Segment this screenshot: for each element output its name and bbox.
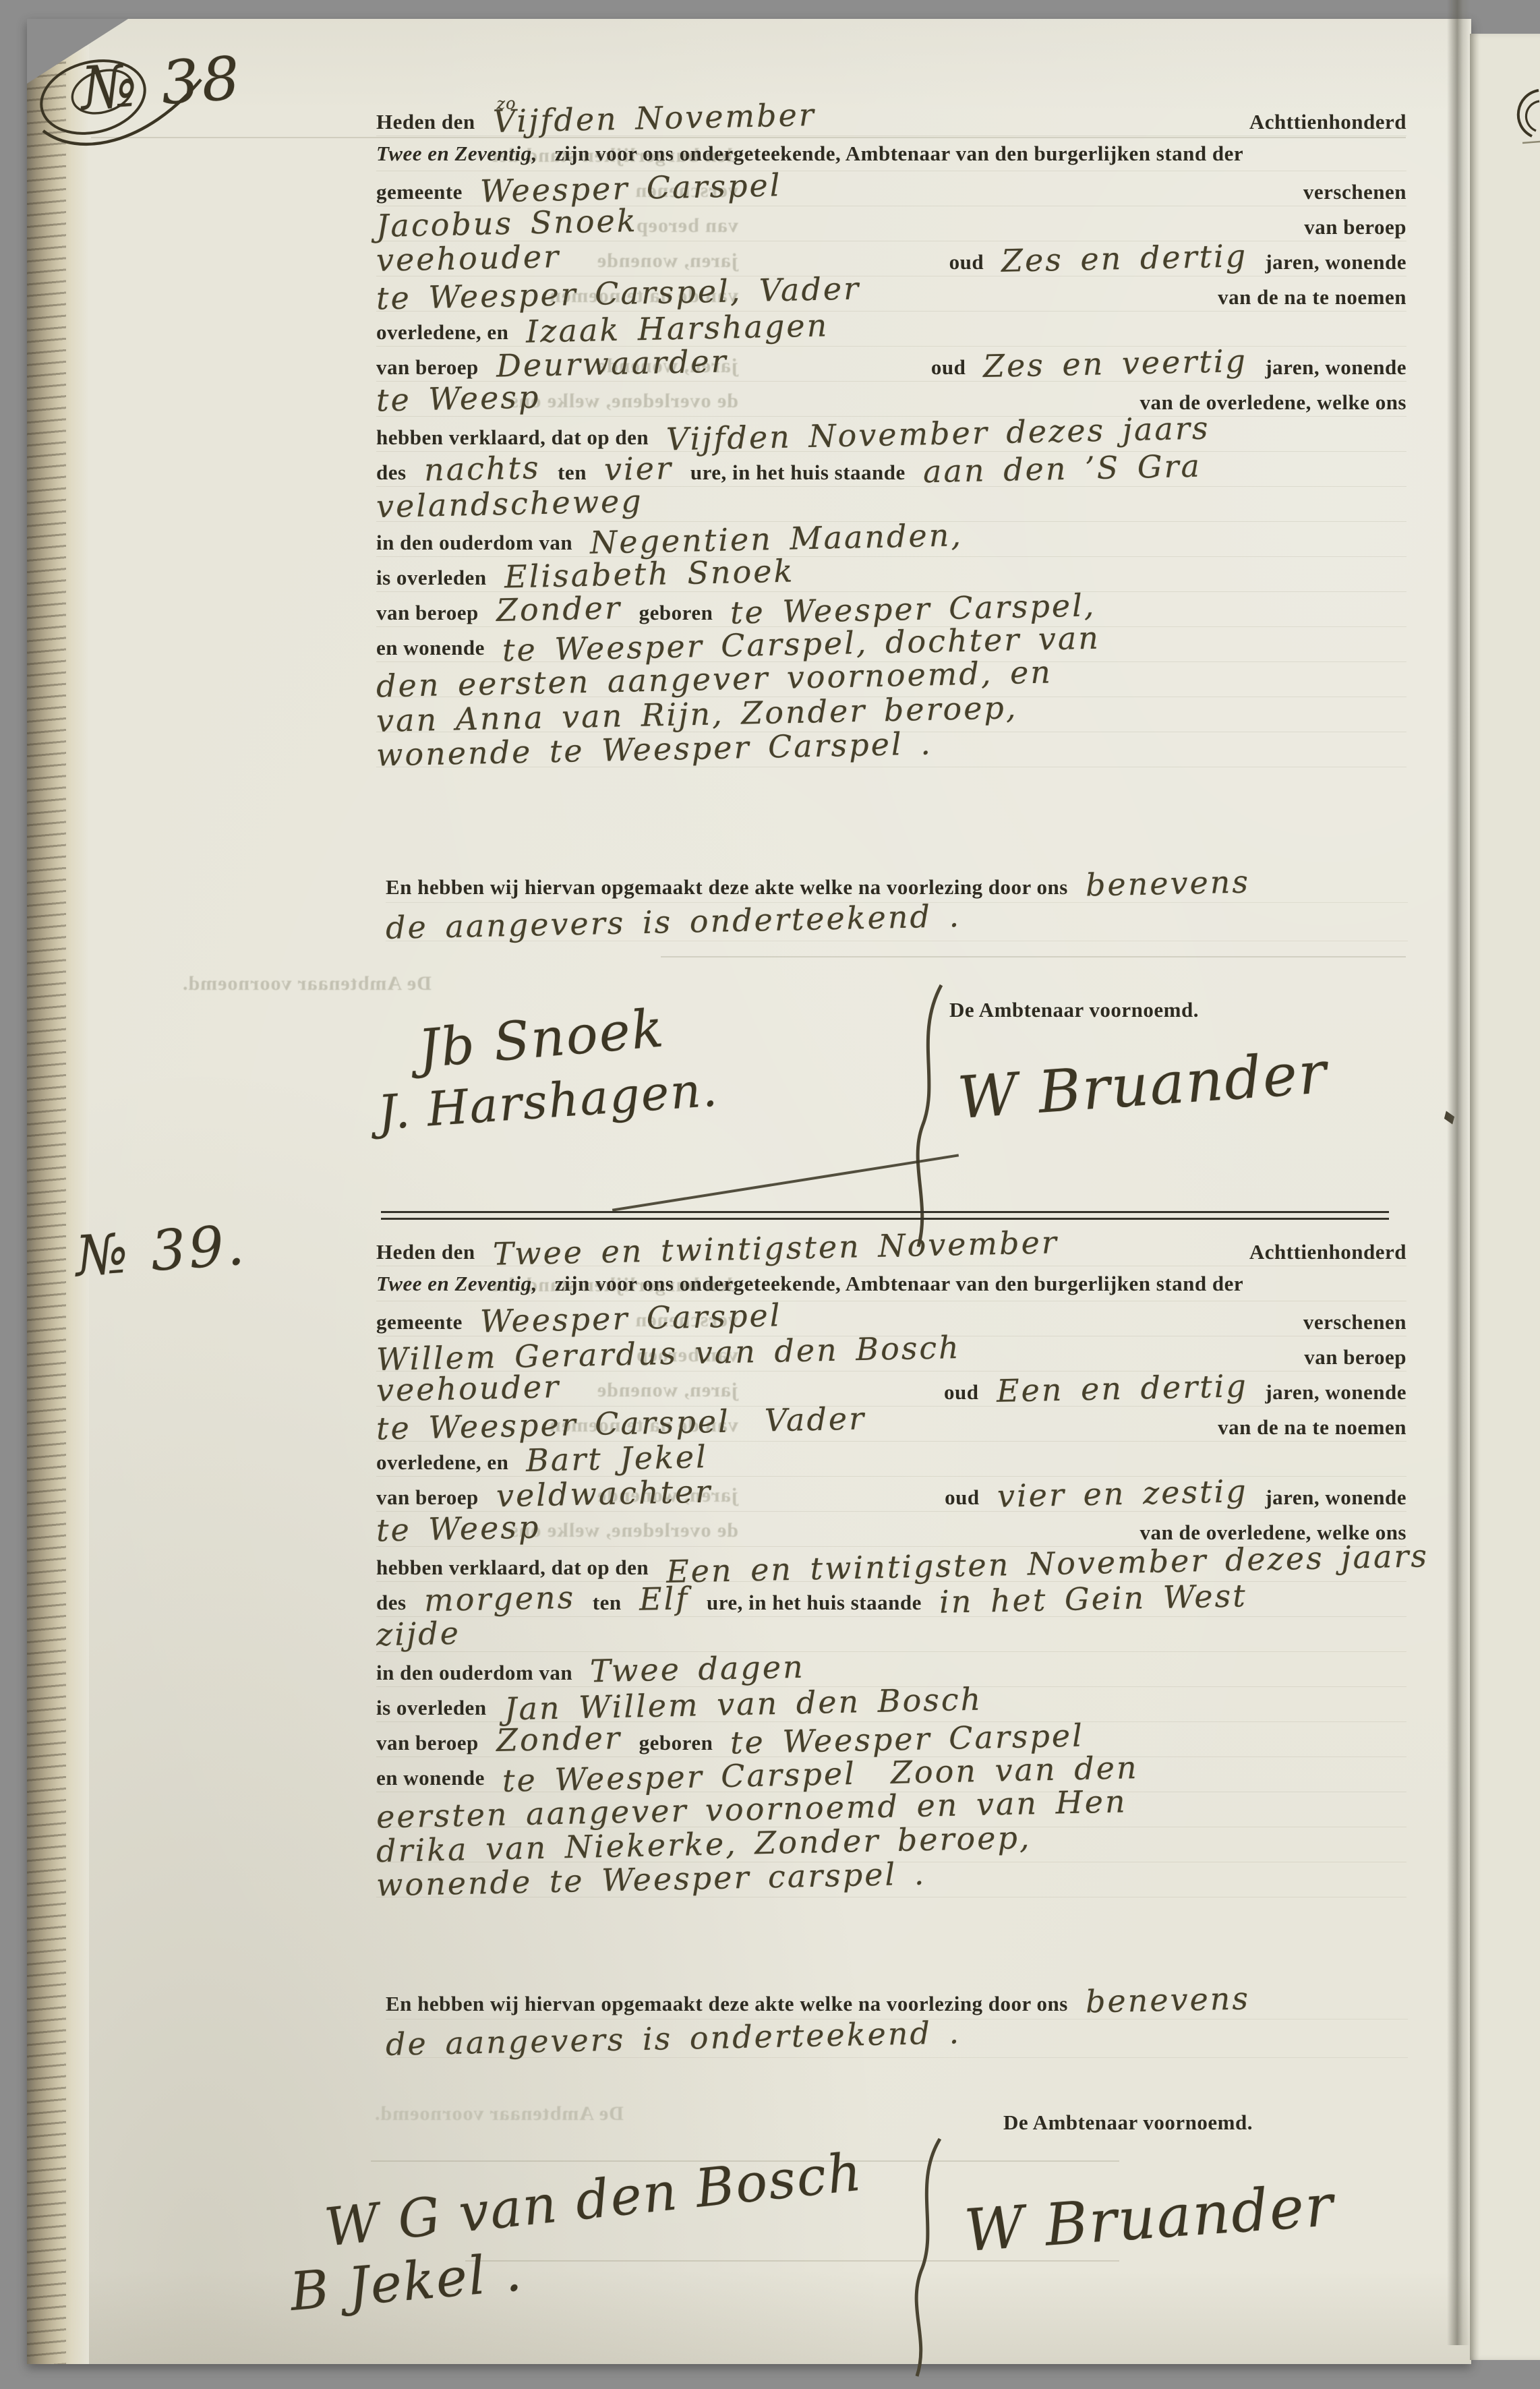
right-aligned-printed-text: oudvier en zestigjaren, wonende [945,1477,1406,1514]
handwritten-entry: Elf [639,1581,689,1617]
form-line: En hebben wij hiervan opgemaakt deze akt… [386,1981,1408,2019]
form-line: is overledenElisabeth Snoek [376,557,1406,592]
printed-form-text: gemeente [376,1305,463,1339]
right-aligned-printed-text: Achttienhonderd [1249,105,1406,139]
printed-form-text: jaren, wonende [1265,1375,1406,1409]
binding-gutter-shadow [1447,0,1470,2345]
printed-form-text: gemeente [376,175,463,209]
printed-form-text: zijn voor ons ondergeteekende, Ambtenaar… [555,1266,1243,1301]
printed-form-text: overledene, en [376,315,508,349]
act-38-body-lines: Heden denVijfden NovemberzoAchttienhonde… [376,101,1406,767]
handwritten-entry: benevens [1085,1979,1250,2020]
printed-form-text: en wonende [376,1761,485,1795]
form-line: Heden denVijfden NovemberzoAchttienhonde… [376,101,1406,136]
next-page-flourish-icon [1509,85,1540,159]
form-line: hebben verklaard, dat op denVijfden Nove… [376,417,1406,452]
ruled-guide-line [661,956,1406,957]
form-line: Willem Gerardus van den Boschvan beroep [376,1336,1406,1372]
handwritten-entry: te Weesp [376,1510,540,1547]
handwritten-entry: Vijfden Novemberzo [492,98,816,139]
form-line: veehouderoudZes en dertigjaren, wonende [376,241,1406,276]
form-line: van beroepZondergeborente Weesper Carspe… [376,592,1406,627]
form-line: in den ouderdom vanTwee dagen [376,1652,1406,1687]
printed-form-text: is overleden [376,560,487,595]
form-line: gemeenteWeesper Carspelverschenen [376,171,1406,206]
handwritten-entry: morgens [423,1581,575,1618]
right-aligned-printed-text: oudZes en dertigjaren, wonende [949,241,1406,279]
printed-form-text: des [376,1585,407,1620]
right-aligned-printed-text: van beroep [1304,210,1406,244]
right-aligned-printed-text: Achttienhonderd [1249,1235,1406,1269]
form-line: te Weesper Carspel Vadervan de na te noe… [376,1407,1406,1442]
handwritten-entry: benevens [1085,862,1250,904]
form-line: de aangevers is onderteekend . [386,903,1408,941]
handwritten-entry: Twee dagen [590,1650,806,1689]
printed-form-text: van de na te noemen [1218,1410,1406,1444]
form-line: overledene, enBart Jekel [376,1442,1406,1477]
form-line: En hebben wij hiervan opgemaakt deze akt… [386,864,1408,903]
handwritten-entry: Izaak Harshagen [526,308,829,349]
form-line: van beroepveldwachteroudvier en zestigja… [376,1477,1406,1512]
handwritten-entry: aan den ’S Gra [922,449,1202,490]
printed-form-text: van beroep [1304,210,1406,244]
handwritten-entry: Deurwaarder [496,344,728,383]
act-39-number: № 39. [73,1213,249,1289]
next-page-sliver [1470,34,1540,2360]
handwritten-entry: te Weesp [376,380,540,417]
form-line: Jacobus Snoekvan beroep [376,206,1406,241]
handwritten-entry: Zonder [496,591,622,628]
printed-form-text: jaren, wonende [1265,350,1406,384]
act-38-official-label: De Ambtenaar voornoemd. [949,998,1199,1022]
right-aligned-printed-text: van de na te noemen [1218,280,1406,314]
handwritten-entry: te Weesper Carspel Vader [376,1401,866,1446]
right-aligned-printed-text: verschenen [1303,1305,1406,1339]
printed-form-text: des [376,455,407,490]
right-aligned-printed-text: van beroep [1304,1340,1406,1374]
signature-brace-icon [904,981,951,1251]
act-39-official-label: De Ambtenaar voornoemd. [1003,2111,1253,2135]
printed-form-text: van beroep [376,350,479,384]
handwritten-entry: zijde [376,1616,461,1653]
printed-form-text: En hebben wij hiervan opgemaakt deze akt… [386,1985,1068,2023]
printed-form-text: van beroep [1304,1340,1406,1374]
printed-form-text: Heden den [376,105,475,139]
form-line: Twee en Zeventig,zijn voor ons ondergete… [376,1266,1406,1301]
form-line: te Weespvan de overledene, welke ons [376,382,1406,417]
handwritten-entry: Twee en twintigsten November [492,1225,1059,1272]
bleedthrough-official-label-act38: De Ambtenaar voornoemd. [182,972,432,995]
printed-form-text: verschenen [1303,1305,1406,1339]
form-line: van beroepDeurwaarderoudZes en veertigja… [376,347,1406,382]
handwritten-entry: veldwachter [496,1475,712,1514]
form-line: Twee en Zeventig,zijn voor ons ondergete… [376,136,1406,171]
handwritten-entry: nachts [423,450,541,488]
bleedthrough-official-label-act39: De Ambtenaar voornoemd. [374,2102,624,2125]
separator-rule-bottom [381,1218,1389,1220]
printed-form-text: geboren [639,595,713,630]
printed-form-text: ure, in het huis staande [707,1585,922,1620]
printed-form-text: overledene, en [376,1445,508,1479]
printed-form-text: zijn voor ons ondergeteekende, Ambtenaar… [555,136,1243,171]
printed-form-text: oud [945,1480,979,1514]
form-line: zijde [376,1617,1406,1652]
handwritten-entry: vier en zestig [997,1474,1248,1514]
printed-form-text: jaren, wonende [1265,245,1406,279]
printed-form-text: Achttienhonderd [1249,105,1406,139]
form-line: desnachtstenvierure, in het huis staande… [376,452,1406,487]
printed-form-text: is overleden [376,1690,487,1725]
act-39-closing-lines: En hebben wij hiervan opgemaakt deze akt… [386,1981,1408,2058]
printed-form-text: van beroep [376,595,479,630]
form-line: Heden denTwee en twintigsten NovemberAch… [376,1231,1406,1266]
printed-form-text: oud [944,1375,978,1409]
form-line: wonende te Weesper Carspel . [376,732,1406,767]
printed-form-text: Achttienhonderd [1249,1235,1406,1269]
separator-rule-top [381,1211,1389,1213]
handwritten-entry: in het Gein West [939,1579,1247,1620]
form-line: desmorgenstenElfure, in het huis staande… [376,1582,1406,1617]
form-line: te Weesper Carspel, Vadervan de na te no… [376,276,1406,312]
scanned-death-register-page: den burgerlijken stand derverschenenvan … [0,0,1540,2389]
printed-form-text: in den ouderdom van [376,1655,572,1690]
printed-form-text: hebben verklaard, dat op den [376,1550,649,1585]
handwritten-entry: Weesper Carspel [479,1298,781,1338]
act-39-body-lines: Heden denTwee en twintigsten NovemberAch… [376,1231,1406,1897]
handwritten-entry: Jacobus Snoek [376,204,639,243]
form-line: is overledenJan Willem van den Bosch [376,1687,1406,1722]
printed-form-text: verschenen [1303,175,1406,209]
form-line: hebben verklaard, dat op denEen en twint… [376,1547,1406,1582]
printed-form-text: en wonende [376,630,485,665]
form-line: de aangevers is onderteekend . [386,2019,1408,2058]
right-aligned-printed-text: verschenen [1303,175,1406,209]
handwritten-entry: Elisabeth Snoek [504,554,794,594]
form-line: en wonendete Weesper Carspel Zoon van de… [376,1757,1406,1792]
printed-form-text: ten [593,1585,622,1620]
act-38-number: № 38 [79,43,245,123]
printed-form-text: oud [949,245,984,279]
form-line: van beroepZondergeborente Weesper Carspe… [376,1722,1406,1757]
form-line: overledene, enIzaak Harshagen [376,312,1406,347]
printed-form-text: En hebben wij hiervan opgemaakt deze akt… [386,868,1068,906]
handwritten-entry: Zes en veertig [983,344,1248,384]
form-line: veehouderoudEen en dertigjaren, wonende [376,1372,1406,1407]
signature-brace-icon [902,2136,949,2379]
handwritten-entry: Een en dertig [996,1369,1248,1409]
printed-form-text: van beroep [376,1726,479,1760]
printed-form-text: van de na te noemen [1218,280,1406,314]
handwritten-entry: Bart Jekel [526,1440,709,1478]
handwritten-entry: veehouder [376,239,560,278]
handwritten-entry: vier [603,451,673,487]
printed-form-text: geboren [639,1726,713,1760]
act-38-closing-lines: En hebben wij hiervan opgemaakt deze akt… [386,864,1408,941]
superscript-insertion: zo [496,86,516,121]
printed-form-text: jaren, wonende [1265,1480,1406,1514]
form-line: in den ouderdom vanNegentien Maanden, [376,522,1406,557]
form-line: wonende te Weesper carspel . [376,1862,1406,1897]
handwritten-entry: Zonder [496,1721,622,1758]
printed-form-text: van beroep [376,1480,479,1514]
printed-form-text: Heden den [376,1235,475,1269]
printed-form-text: oud [931,350,966,384]
handwritten-entry: Zes en dertig [1001,239,1248,278]
act-separator-double-rule [381,1211,1389,1225]
form-line: velandscheweg [376,487,1406,522]
printed-form-text: Twee en Zeventig, [376,136,537,171]
printed-form-text: ure, in het huis staande [690,455,906,490]
right-aligned-printed-text: oudEen en dertigjaren, wonende [944,1372,1406,1409]
printed-form-text: in den ouderdom van [376,525,572,560]
handwritten-entry: velandscheweg [376,484,644,524]
right-aligned-printed-text: oudZes en veertigjaren, wonende [931,347,1406,384]
right-aligned-printed-text: van de na te noemen [1218,1410,1406,1444]
handwritten-entry: veehouder [376,1369,560,1408]
page-edge-fibers [27,19,66,2364]
